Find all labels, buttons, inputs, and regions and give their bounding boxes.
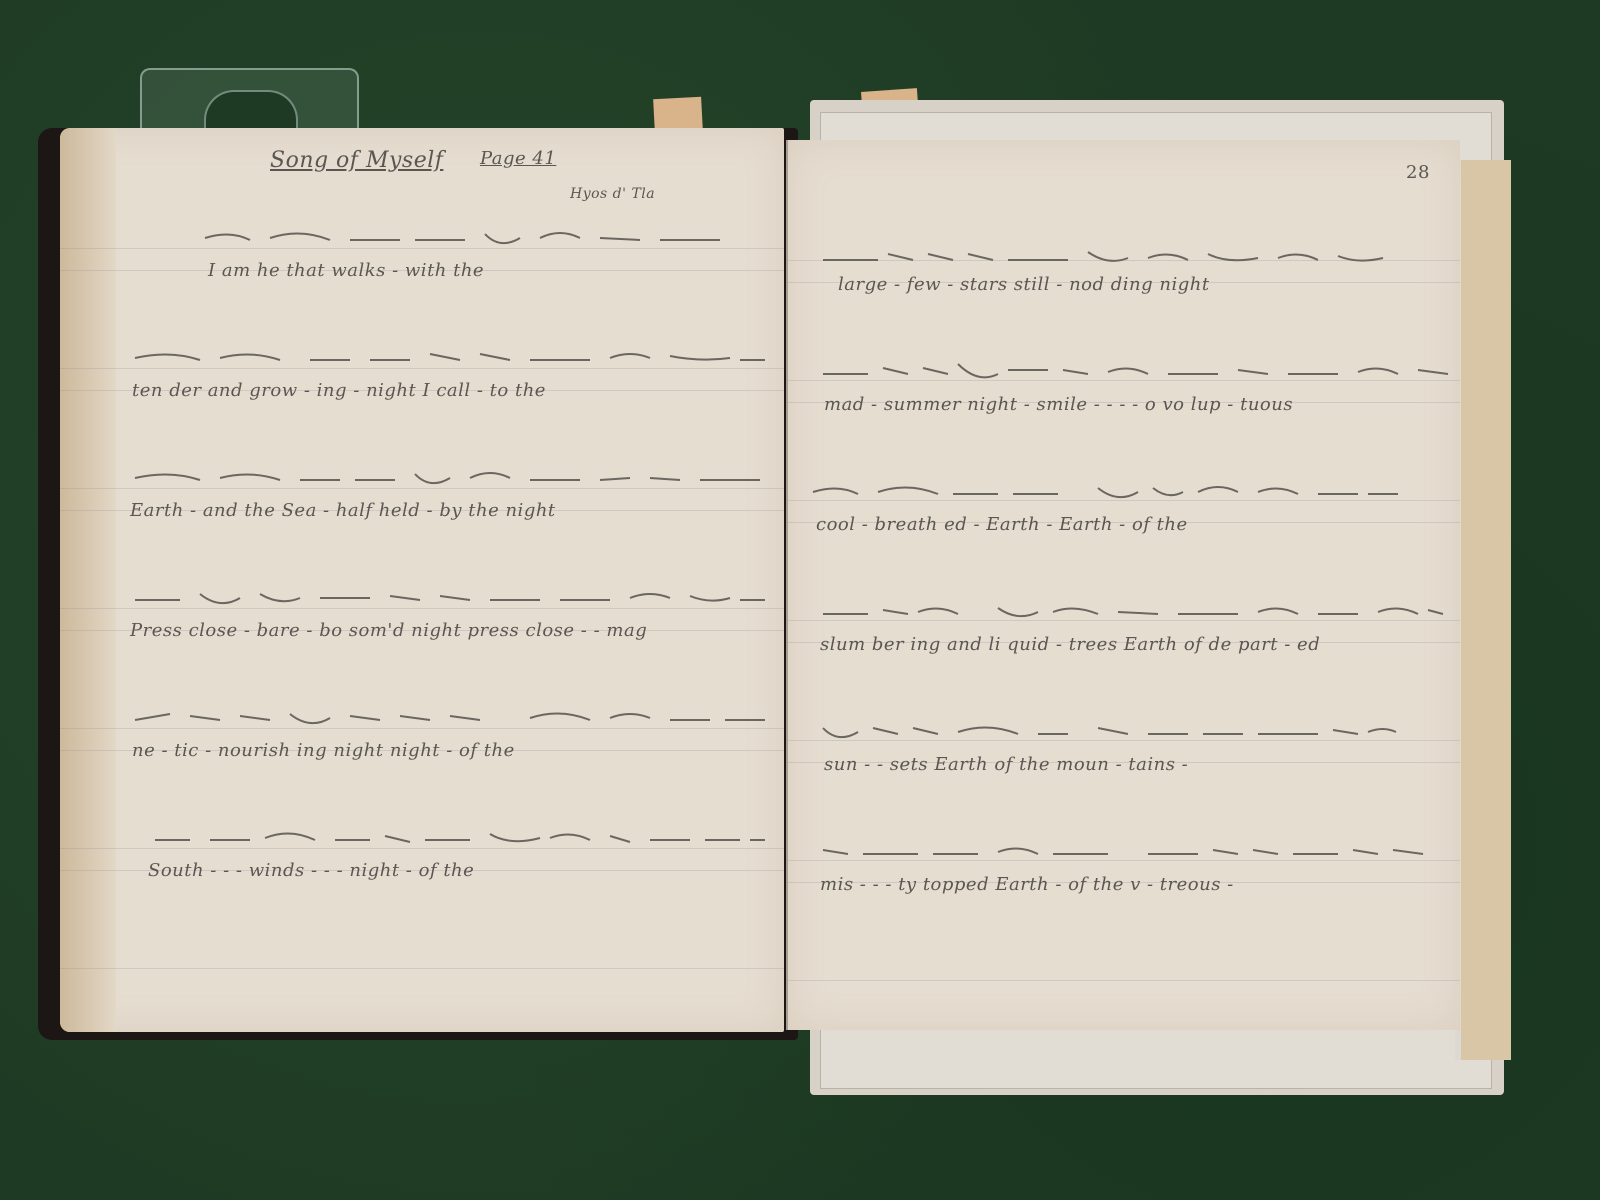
page-reference: Page 41	[480, 148, 556, 169]
page-fore-edge	[60, 128, 116, 1032]
shorthand-notation	[808, 474, 1428, 504]
right-page: 28 large - few - stars still - nod ding …	[786, 140, 1460, 1030]
left-page: Song of Myself Page 41 Hyos d' Tla I am …	[60, 128, 784, 1032]
shorthand-notation	[818, 834, 1428, 864]
lyric-line: ten der and grow - ing - night I call - …	[132, 380, 546, 401]
annotation: Hyos d' Tla	[570, 186, 655, 202]
lyric-line: I am he that walks - with the	[208, 260, 484, 281]
page-number: 28	[1406, 162, 1430, 183]
lyric-line: South - - - winds - - - night - of the	[148, 860, 474, 881]
lyric-line: large - few - stars still - nod ding nig…	[838, 274, 1210, 295]
shorthand-notation	[200, 220, 760, 250]
lyric-line: ne - tic - nourish ing night night - of …	[132, 740, 515, 761]
lyric-line: Press close - bare - bo som'd night pres…	[130, 620, 647, 641]
shorthand-notation	[130, 580, 770, 610]
shorthand-notation	[818, 714, 1398, 744]
shorthand-notation	[818, 354, 1458, 384]
shorthand-notation	[130, 460, 770, 490]
lyric-line: sun - - sets Earth of the moun - tains -	[824, 754, 1188, 775]
shorthand-notation	[818, 594, 1448, 624]
shorthand-notation	[818, 240, 1438, 270]
lyric-line: mad - summer night - smile - - - - o vo …	[824, 394, 1293, 415]
lyric-line: Earth - and the Sea - half held - by the…	[130, 500, 556, 521]
lyric-line: cool - breath ed - Earth - Earth - of th…	[816, 514, 1188, 535]
page-title: Song of Myself	[270, 148, 443, 173]
shorthand-notation	[150, 820, 770, 850]
lyric-line: mis - - - ty topped Earth - of the v - t…	[820, 874, 1234, 895]
page-edges	[1455, 160, 1511, 1060]
shorthand-notation	[130, 340, 770, 370]
lyric-line: slum ber ing and li quid - trees Earth o…	[820, 634, 1320, 655]
shorthand-notation	[130, 700, 770, 730]
